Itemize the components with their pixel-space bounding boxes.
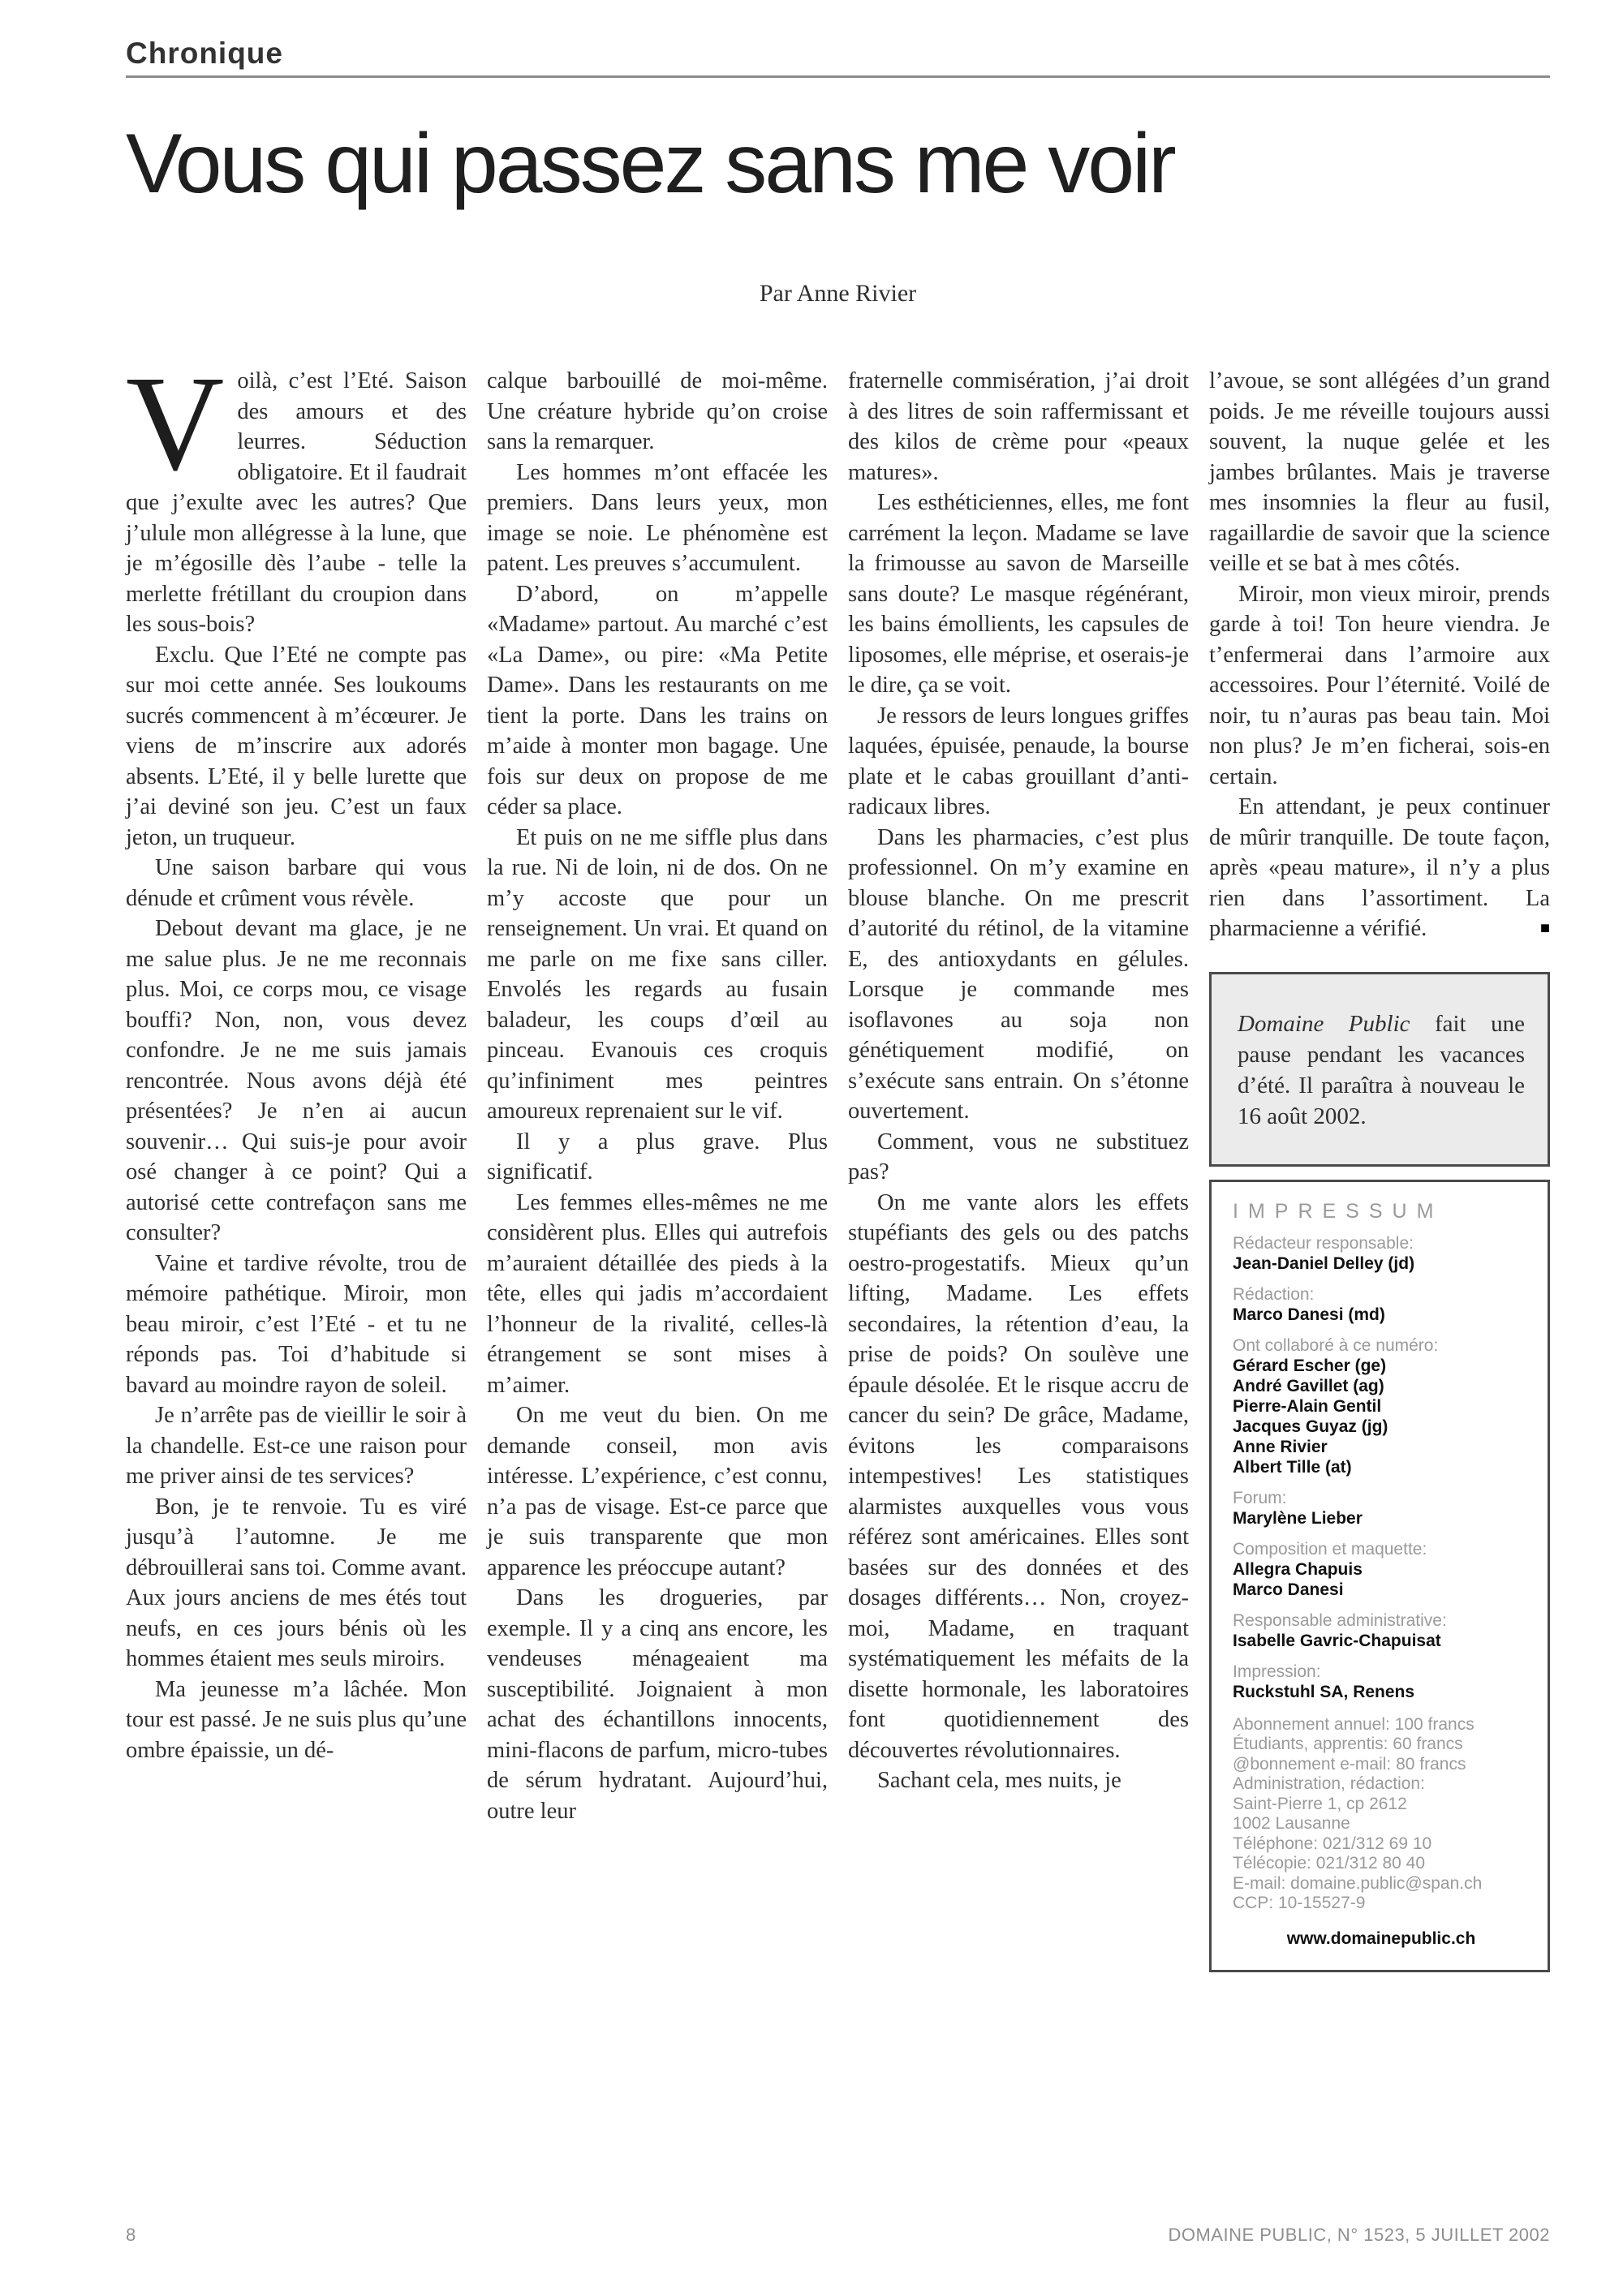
- paragraph: On me veut du bien. On me demande consei…: [487, 1400, 828, 1583]
- impressum-website: www.domainepublic.ch: [1233, 1928, 1530, 1949]
- newspaper-page: Chronique Vous qui passez sans me voir P…: [0, 0, 1623, 2296]
- paragraph: Vaine et tardive révolte, trou de mémoir…: [126, 1249, 467, 1401]
- impressum-box: IMPRESSUMRédacteur responsable:Jean-Dani…: [1209, 1180, 1550, 1972]
- impressum-name: Gérard Escher (ge): [1233, 1356, 1530, 1376]
- paragraph: Voilà, c’est l’Eté. Saison des amours et…: [126, 366, 467, 640]
- impressum-detail-line: CCP: 10-15527-9: [1233, 1894, 1530, 1914]
- paragraph: fraternelle commisération, j’ai droit à …: [848, 366, 1189, 488]
- article-column-3: fraternelle commisération, j’ai droit à …: [848, 366, 1189, 1972]
- impressum-detail-line: E-mail: domaine.public@span.ch: [1233, 1874, 1530, 1894]
- article-columns: Voilà, c’est l’Eté. Saison des amours et…: [126, 366, 1550, 1972]
- impressum-name: Marco Danesi (md): [1233, 1305, 1530, 1325]
- impressum-entry: Impression:Ruckstuhl SA, Renens: [1233, 1662, 1530, 1702]
- impressum-details: Abonnement annuel: 100 francsÉtudiants, …: [1233, 1715, 1530, 1914]
- impressum-label: Composition et maquette:: [1233, 1539, 1530, 1559]
- impressum-label: Responsable administrative:: [1233, 1610, 1530, 1631]
- impressum-label: Ont collaboré à ce numéro:: [1233, 1335, 1530, 1356]
- impressum-name: Marylène Lieber: [1233, 1508, 1530, 1529]
- impressum-detail-line: Abonnement annuel: 100 francs: [1233, 1715, 1530, 1735]
- byline: Par Anne Rivier: [126, 280, 1550, 307]
- paragraph: Bon, je te renvoie. Tu es viré jusqu’à l…: [126, 1492, 467, 1675]
- impressum-label: Impression:: [1233, 1662, 1530, 1682]
- paragraph: D’abord, on m’appelle «Madame» partout. …: [487, 579, 828, 823]
- paragraph: Les hommes m’ont effacée les premiers. D…: [487, 458, 828, 579]
- impressum-detail-line: Étudiants, apprentis: 60 francs: [1233, 1735, 1530, 1755]
- impressum-label: Forum:: [1233, 1488, 1530, 1508]
- article-column-1: Voilà, c’est l’Eté. Saison des amours et…: [126, 366, 467, 1972]
- paragraph: En attendant, je peux continuer de mûrir…: [1209, 792, 1550, 944]
- issue-info: DOMAINE PUBLIC, N° 1523, 5 JUILLET 2002: [1168, 2225, 1550, 2246]
- impressum-name: Marco Danesi: [1233, 1580, 1530, 1600]
- impressum-entry: Rédaction:Marco Danesi (md): [1233, 1284, 1530, 1325]
- end-of-article-square-icon: ■: [1511, 914, 1550, 944]
- article-column-2: calque barbouillé de moi-même. Une créat…: [487, 366, 828, 1972]
- impressum-entry: Composition et maquette:Allegra ChapuisM…: [1233, 1539, 1530, 1600]
- impressum-entry: Ont collaboré à ce numéro:Gérard Escher …: [1233, 1335, 1530, 1477]
- impressum-detail-line: Téléphone: 021/312 69 10: [1233, 1834, 1530, 1855]
- paragraph: Debout devant ma glace, je ne me salue p…: [126, 914, 467, 1249]
- impressum-name: Pierre-Alain Gentil: [1233, 1396, 1530, 1417]
- impressum-name: Albert Tille (at): [1233, 1457, 1530, 1477]
- impressum-entry: Rédacteur responsable:Jean-Daniel Delley…: [1233, 1233, 1530, 1274]
- paragraph: Exclu. Que l’Eté ne compte pas sur moi c…: [126, 640, 467, 853]
- impressum-name: André Gavillet (ag): [1233, 1376, 1530, 1396]
- impressum-name: Anne Rivier: [1233, 1437, 1530, 1457]
- paragraph: Sachant cela, mes nuits, je: [848, 1765, 1189, 1796]
- section-header: Chronique: [126, 37, 1550, 78]
- impressum-entry: Responsable administrative:Isabelle Gavr…: [1233, 1610, 1530, 1651]
- paragraph: Je ressors de leurs longues griffes laqu…: [848, 701, 1189, 823]
- impressum-detail-line: Saint-Pierre 1, cp 2612: [1233, 1795, 1530, 1815]
- paragraph: Il y a plus grave. Plus significatif.: [487, 1127, 828, 1188]
- impressum-detail-line: @bonnement e-mail: 80 francs: [1233, 1755, 1530, 1775]
- paragraph: l’avoue, se sont allégées d’un grand poi…: [1209, 366, 1550, 579]
- paragraph: Et puis on ne me siffle plus dans la rue…: [487, 823, 828, 1127]
- paragraph: Les femmes elles-mêmes ne me considèrent…: [487, 1188, 828, 1401]
- paragraph: On me vante alors les effets stupéfiants…: [848, 1188, 1189, 1766]
- paragraph: Comment, vous ne substituez pas?: [848, 1127, 1189, 1188]
- impressum-label: Rédacteur responsable:: [1233, 1233, 1530, 1253]
- impressum-detail-line: 1002 Lausanne: [1233, 1814, 1530, 1834]
- page-footer: 8 DOMAINE PUBLIC, N° 1523, 5 JUILLET 200…: [126, 2225, 1550, 2246]
- impressum-name: Jacques Guyaz (jg): [1233, 1417, 1530, 1437]
- paragraph: Je n’arrête pas de vieillir le soir à la…: [126, 1400, 467, 1492]
- impressum-entries: Rédacteur responsable:Jean-Daniel Delley…: [1233, 1233, 1530, 1702]
- article-column-4: l’avoue, se sont allégées d’un grand poi…: [1209, 366, 1550, 1972]
- vacation-notice: Domaine Public fait une pause pendant le…: [1209, 972, 1550, 1167]
- impressum-name: Ruckstuhl SA, Renens: [1233, 1682, 1530, 1702]
- notice-text: Domaine Public fait une pause pendant le…: [1238, 1008, 1525, 1132]
- paragraph: calque barbouillé de moi-même. Une créat…: [487, 366, 828, 458]
- drop-cap: V: [126, 366, 237, 476]
- paragraph: Les esthéticiennes, elles, me font carré…: [848, 488, 1189, 701]
- paragraph: Dans les drogueries, par exemple. Il y a…: [487, 1583, 828, 1826]
- page-number: 8: [126, 2225, 136, 2246]
- impressum-detail-line: Administration, rédaction:: [1233, 1774, 1530, 1795]
- impressum-name: Allegra Chapuis: [1233, 1559, 1530, 1580]
- impressum-heading: IMPRESSUM: [1233, 1202, 1530, 1222]
- page-title: Vous qui passez sans me voir: [126, 120, 1550, 209]
- paragraph: Ma jeunesse m’a lâchée. Mon tour est pas…: [126, 1675, 467, 1766]
- impressum-name: Jean-Daniel Delley (jd): [1233, 1253, 1530, 1274]
- impressum-detail-line: Télécopie: 021/312 80 40: [1233, 1854, 1530, 1874]
- impressum-name: Isabelle Gavric-Chapuisat: [1233, 1631, 1530, 1651]
- paragraph: Dans les pharmacies, c’est plus professi…: [848, 823, 1189, 1127]
- notice-lead: Domaine Public: [1238, 1011, 1410, 1037]
- impressum-label: Rédaction:: [1233, 1284, 1530, 1305]
- paragraph: Une saison barbare qui vous dénude et cr…: [126, 853, 467, 914]
- impressum-entry: Forum:Marylène Lieber: [1233, 1488, 1530, 1529]
- paragraph: Miroir, mon vieux miroir, prends garde à…: [1209, 579, 1550, 793]
- section-label: Chronique: [126, 37, 283, 70]
